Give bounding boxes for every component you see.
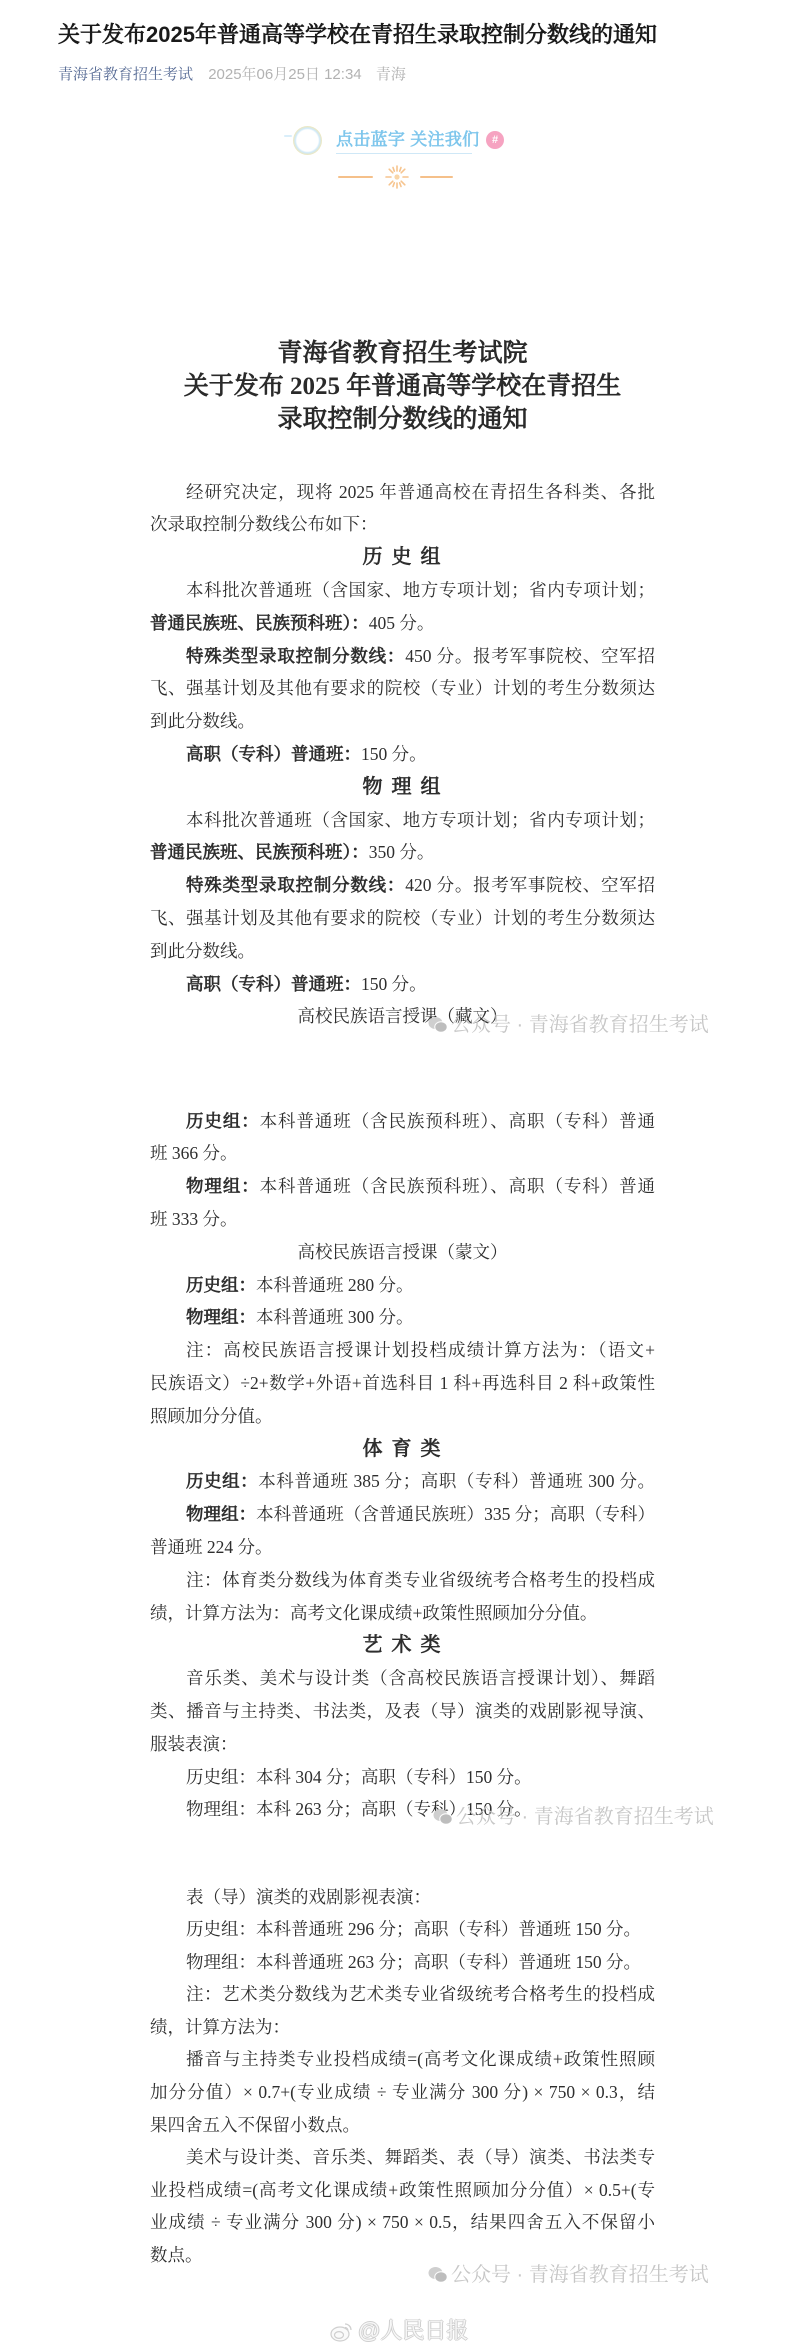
- watermark-label: 公众号 · 青海省教育招生考试: [451, 2264, 709, 2286]
- broadcast-formula-line: 加分分值）× 0.7+(专业成绩 ÷ 专业满分 300 分) × 750 × 0…: [150, 2076, 655, 2109]
- score-value: 150 分。: [361, 974, 427, 994]
- arts-performance-physics: 物理组：本科普通班 263 分；高职（专科）普通班 150 分。: [150, 1946, 655, 1979]
- document-image-3[interactable]: 表（导）演类的戏剧影视表演： 历史组：本科普通班 296 分；高职（专科）普通班…: [150, 1881, 655, 2272]
- arts-general-line: 类、播音与主持类、书法类，及表（导）演类的戏剧影视导演、: [150, 1695, 655, 1728]
- section-title-mongolian-instruction: 高校民族语言授课（蒙文）: [150, 1236, 655, 1269]
- watermark-label: 公众号 · 青海省教育招生考试: [456, 1806, 714, 1828]
- follow-banner: 点击蓝字 关注我们 #: [282, 124, 522, 158]
- wechat-icon: [428, 2266, 448, 2284]
- section-title-history-group: 历 史 组: [150, 541, 655, 574]
- broadcast-formula-line: 果四舍五入不保留小数点。: [150, 2109, 655, 2142]
- arts-performance-history: 历史组：本科普通班 296 分；高职（专科）普通班 150 分。: [150, 1913, 655, 1946]
- sports-physics-score: 普通班 224 分。: [150, 1531, 655, 1564]
- mongolian-note-line: 民族语文）÷2+数学+外语+首选科目 1 科+再选科目 2 科+政策性: [150, 1367, 655, 1400]
- line-text: 本科普通班 280 分。: [256, 1275, 414, 1295]
- history-undergrad-line: 本科批次普通班（含国家、地方专项计划；省内专项计划；: [150, 574, 655, 607]
- arts-general-line: 音乐类、美术与设计类（含高校民族语言授课计划）、舞蹈: [150, 1662, 655, 1695]
- group-label: 物理组：: [186, 1307, 256, 1327]
- arts-performance-title: 表（导）演类的戏剧影视表演：: [150, 1881, 655, 1914]
- mongolian-history-line: 历史组：本科普通班 280 分。: [150, 1269, 655, 1302]
- divider-line-left: [338, 176, 373, 178]
- tibetan-history-line: 历史组：本科普通班（含民族预科班）、高职（专科）普通: [150, 1105, 655, 1138]
- arts-general-history: 历史组：本科 304 分；高职（专科）150 分。: [150, 1761, 655, 1794]
- publish-time: 2025年06月25日 12:34: [208, 66, 361, 83]
- physics-special-line: 飞、强基计划及其他有要求的院校（专业）计划的考生分数须达: [150, 902, 655, 935]
- score-value: 405 分。: [369, 613, 435, 633]
- others-formula-line: 业成绩 ÷ 专业满分 300 分) × 750 × 0.5，结果四舍五入不保留小: [150, 2206, 655, 2239]
- section-title-arts: 艺 术 类: [150, 1629, 655, 1662]
- document-title-line-2: 录取控制分数线的通知: [150, 403, 655, 436]
- broadcast-formula-line: 播音与主持类专业投档成绩=(高考文化课成绩+政策性照顾: [150, 2043, 655, 2076]
- line-text: 本科普通班（含普通民族班）335 分；高职（专科）: [256, 1504, 655, 1524]
- divider-line-right: [420, 176, 453, 178]
- arts-general-line: 服装表演：: [150, 1728, 655, 1761]
- mongolian-physics-line: 物理组：本科普通班 300 分。: [150, 1301, 655, 1334]
- history-special-line: 飞、强基计划及其他有要求的院校（专业）计划的考生分数须达: [150, 672, 655, 705]
- score-value: 450 分。报考军事院校、空军招: [405, 646, 655, 666]
- sports-physics-line: 物理组：本科普通班（含普通民族班）335 分；高职（专科）: [150, 1498, 655, 1531]
- sports-note-line: 绩，计算方法为：高考文化课成绩+政策性照顾加分分值。: [150, 1597, 655, 1630]
- history-special-line: 到此分数线。: [150, 705, 655, 738]
- others-formula-line: 业投档成绩=(高考文化课成绩+政策性照顾加分分值）× 0.5+(专: [150, 2174, 655, 2207]
- history-undergrad-score-line: 普通民族班、民族预科班）：405 分。: [150, 607, 655, 640]
- line-text: 本科普通班 300 分。: [256, 1307, 414, 1327]
- score-label: 高职（专科）普通班：: [186, 974, 361, 994]
- intro-line: 经研究决定，现将 2025 年普通高校在青招生各科类、各批: [150, 476, 655, 509]
- weibo-icon: [330, 2321, 354, 2343]
- line-text: 本科普通班（含民族预科班）、高职（专科）普通: [260, 1176, 655, 1196]
- account-name-link[interactable]: 青海省教育招生考试: [58, 66, 193, 83]
- history-special-line: 特殊类型录取控制分数线：450 分。报考军事院校、空军招: [150, 640, 655, 673]
- others-formula-line: 美术与设计类、音乐类、舞蹈类、表（导）演类、书法类专: [150, 2141, 655, 2174]
- hashtag-badge-icon: #: [486, 131, 504, 149]
- tibetan-physics-score: 班 333 分。: [150, 1203, 655, 1236]
- group-label: 历史组：: [186, 1471, 258, 1491]
- wechat-watermark: 公众号 · 青海省教育招生考试: [433, 1805, 714, 1829]
- wechat-icon: [433, 1808, 453, 1826]
- tibetan-history-score: 班 366 分。: [150, 1137, 655, 1170]
- arts-note-line: 注：艺术类分数线为艺术类专业省级统考合格考生的投档成: [150, 1978, 655, 2011]
- score-value: 420 分。报考军事院校、空军招: [405, 875, 655, 895]
- bubble-icon: [293, 126, 322, 155]
- score-label: 特殊类型录取控制分数线：: [186, 646, 405, 666]
- physics-special-line: 到此分数线。: [150, 935, 655, 968]
- sports-history-line: 历史组：本科普通班 385 分；高职（专科）普通班 300 分。: [150, 1465, 655, 1498]
- document-title-line-1: 关于发布 2025 年普通高等学校在青招生: [150, 370, 655, 403]
- line-text: 本科普通班（含民族预科班）、高职（专科）普通: [260, 1111, 655, 1131]
- arts-note-line: 绩，计算方法为：: [150, 2011, 655, 2044]
- group-label: 历史组：: [186, 1111, 260, 1131]
- weibo-watermark-label: @人民日报: [358, 2318, 468, 2343]
- physics-undergrad-score-line: 普通民族班、民族预科班）：350 分。: [150, 836, 655, 869]
- score-label: 特殊类型录取控制分数线：: [186, 875, 405, 895]
- sparkle-streak-icon: [284, 135, 292, 137]
- history-vocational-line: 高职（专科）普通班：150 分。: [150, 738, 655, 771]
- group-label: 物理组：: [186, 1176, 260, 1196]
- score-label: 高职（专科）普通班：: [186, 744, 361, 764]
- wechat-watermark: 公众号 · 青海省教育招生考试: [428, 2263, 709, 2287]
- article-meta: 青海省教育招生考试 2025年06月25日 12:34 青海: [58, 65, 406, 85]
- physics-vocational-line: 高职（专科）普通班：150 分。: [150, 968, 655, 1001]
- physics-undergrad-line: 本科批次普通班（含国家、地方专项计划；省内专项计划；: [150, 804, 655, 837]
- section-title-sports: 体 育 类: [150, 1433, 655, 1466]
- score-value: 150 分。: [361, 744, 427, 764]
- group-label: 物理组：: [186, 1504, 256, 1524]
- document-issuer: 青海省教育招生考试院: [150, 337, 655, 370]
- article-title: 关于发布2025年普通高等学校在青招生录取控制分数线的通知: [58, 20, 657, 50]
- physics-special-line: 特殊类型录取控制分数线：420 分。报考军事院校、空军招: [150, 869, 655, 902]
- watermark-label: 公众号 · 青海省教育招生考试: [451, 1014, 709, 1036]
- score-label: 普通民族班、民族预科班）：: [150, 613, 369, 633]
- document-image-2[interactable]: 历史组：本科普通班（含民族预科班）、高职（专科）普通 班 366 分。 物理组：…: [150, 1105, 655, 1827]
- document-heading: 青海省教育招生考试院 关于发布 2025 年普通高等学校在青招生 录取控制分数线…: [150, 337, 655, 436]
- group-label: 历史组：: [186, 1275, 256, 1295]
- sports-note-line: 注：体育类分数线为体育类专业省级统考合格考生的投档成: [150, 1564, 655, 1597]
- follow-banner-label: 点击蓝字 关注我们: [336, 128, 479, 152]
- tibetan-physics-line: 物理组：本科普通班（含民族预科班）、高职（专科）普通: [150, 1170, 655, 1203]
- wechat-icon: [428, 1016, 448, 1034]
- follow-banner-underline: [336, 153, 472, 154]
- intro-line: 次录取控制分数线公布如下：: [150, 508, 655, 541]
- section-title-physics-group: 物 理 组: [150, 771, 655, 804]
- decorative-divider: [336, 165, 456, 189]
- document-image-1[interactable]: 经研究决定，现将 2025 年普通高校在青招生各科类、各批 次录取控制分数线公布…: [150, 476, 655, 1034]
- mongolian-note-line: 注：高校民族语言授课计划投档成绩计算方法为：（语文+: [150, 1334, 655, 1367]
- score-label: 普通民族班、民族预科班）：: [150, 842, 369, 862]
- line-text: 本科普通班 385 分；高职（专科）普通班 300 分。: [258, 1471, 655, 1491]
- wechat-watermark: 公众号 · 青海省教育招生考试: [428, 1013, 709, 1037]
- weibo-watermark: @人民日报: [330, 2317, 468, 2345]
- mongolian-note-line: 照顾加分分值。: [150, 1400, 655, 1433]
- score-value: 350 分。: [369, 842, 435, 862]
- sunburst-icon: [385, 165, 409, 189]
- publish-location: 青海: [376, 66, 406, 83]
